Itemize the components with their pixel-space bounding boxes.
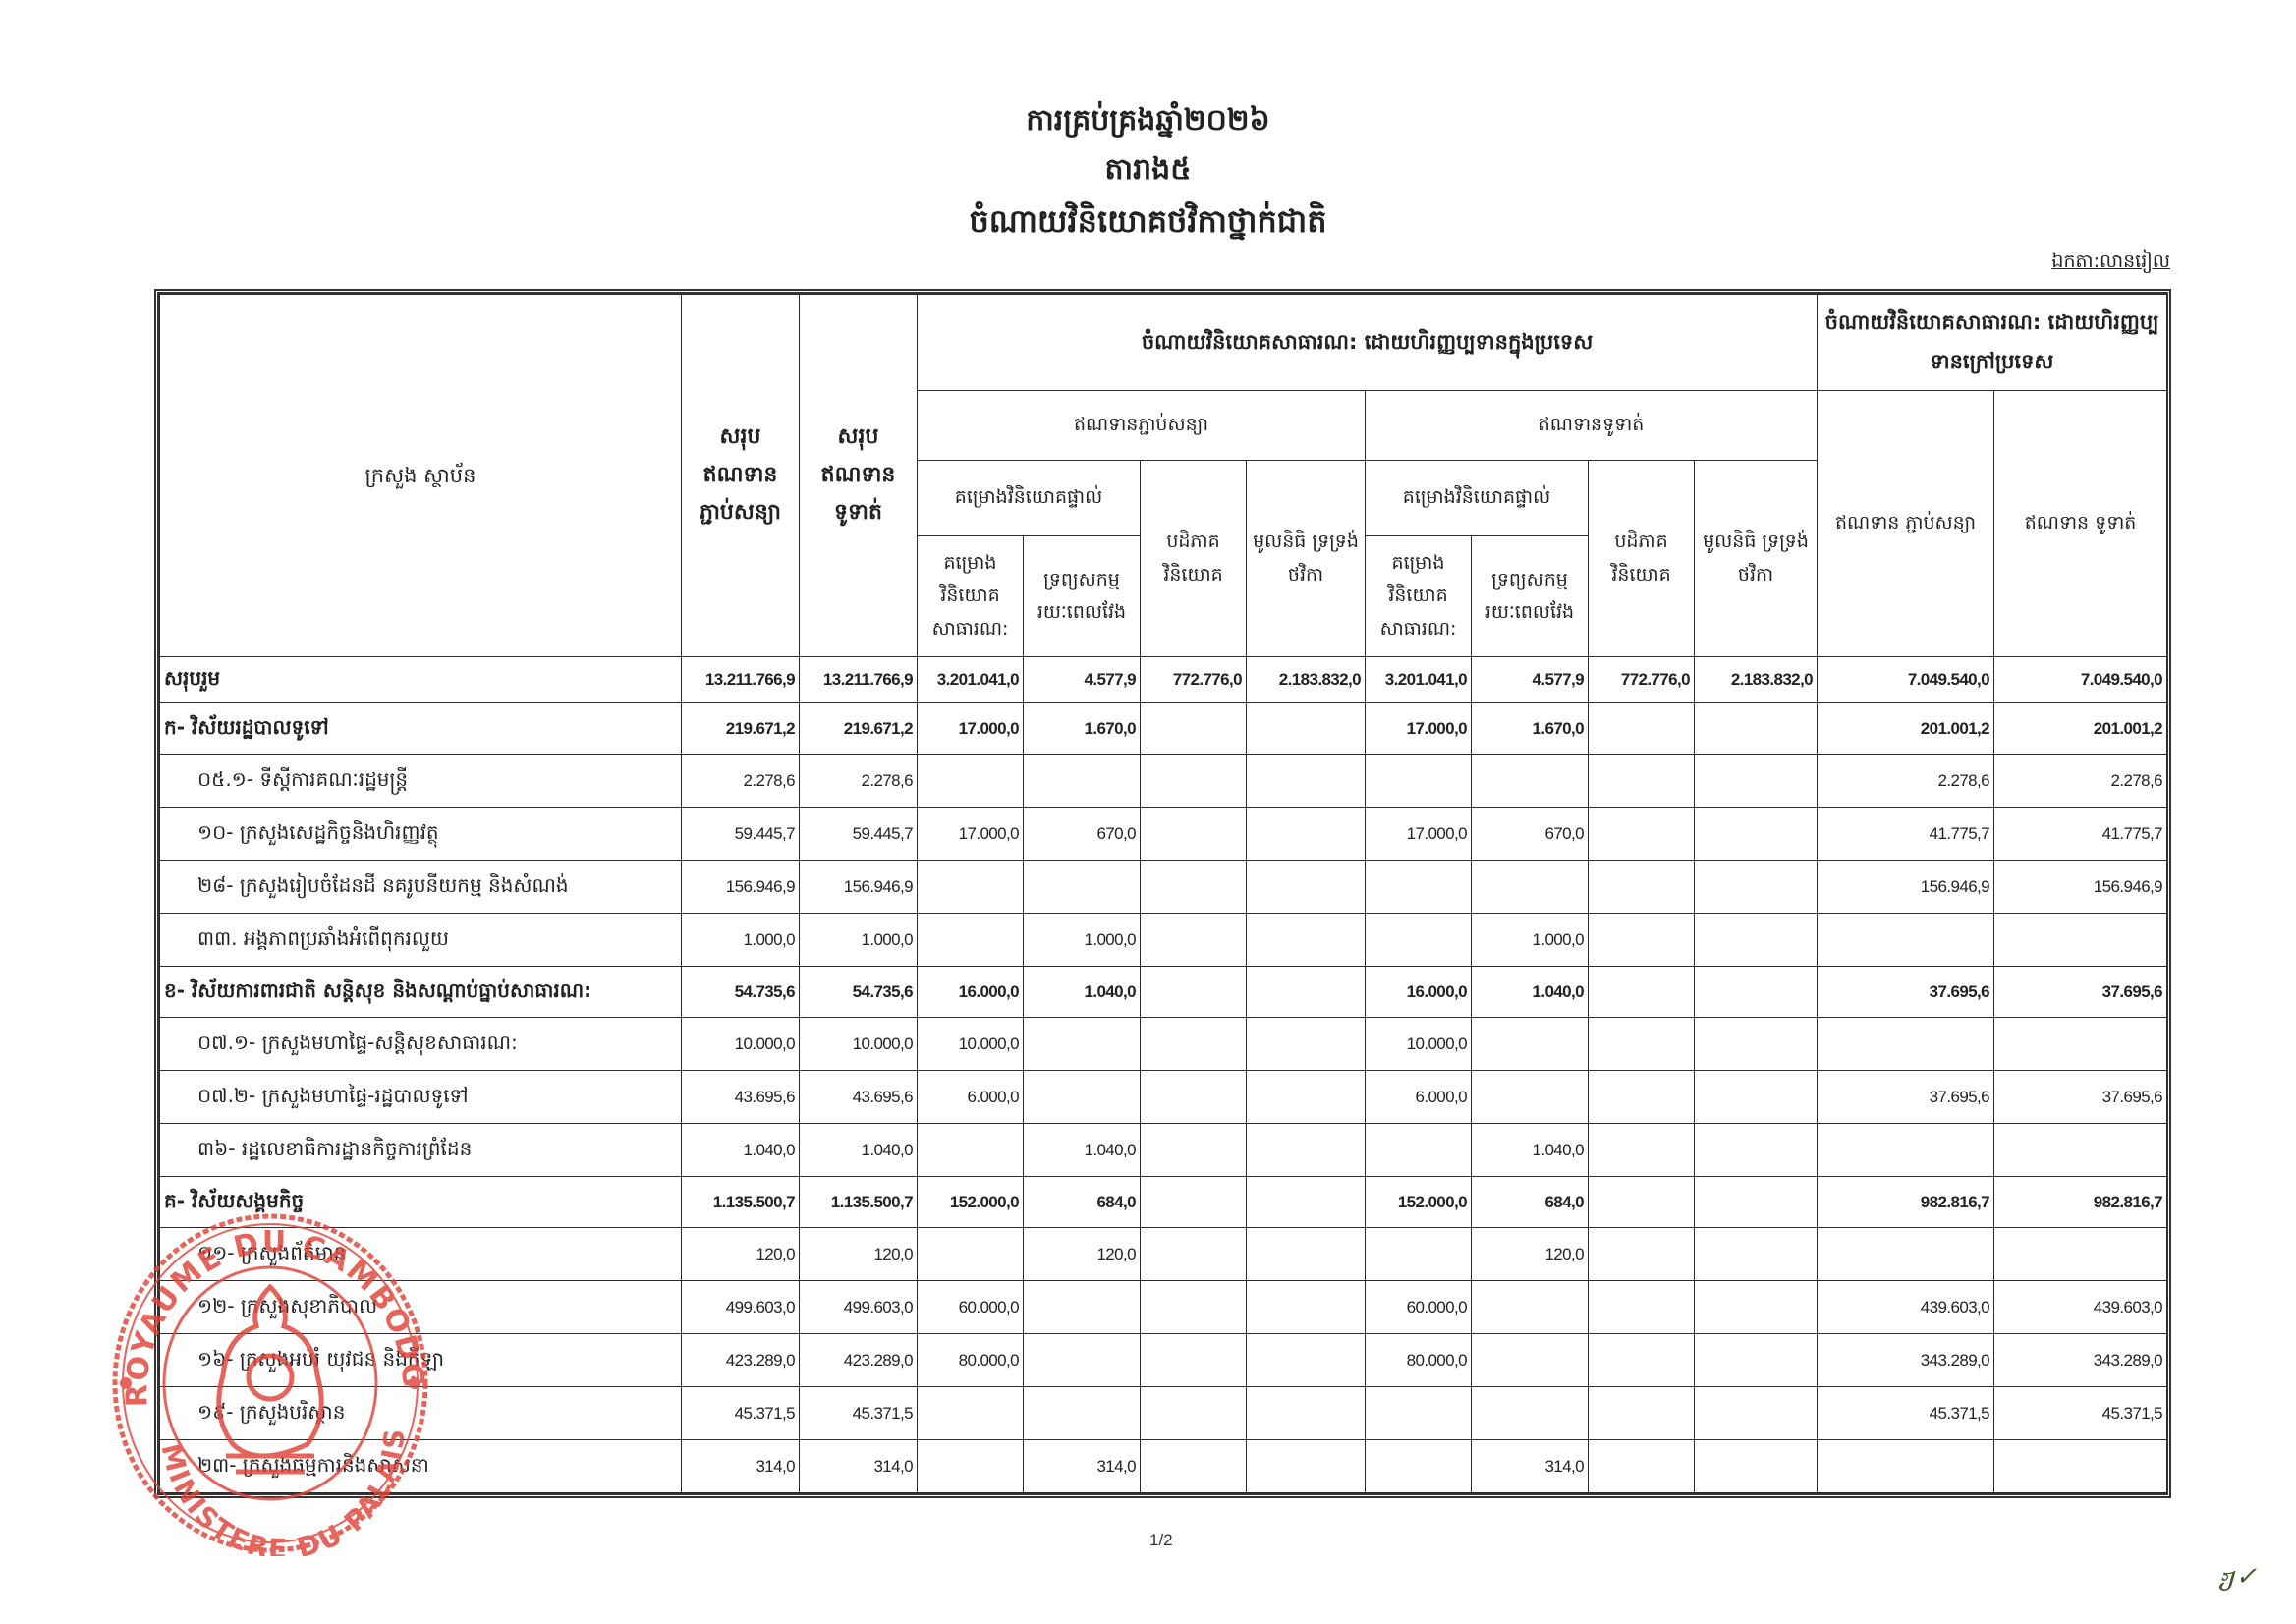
value-cell <box>1366 1387 1472 1440</box>
header-total-commitment: សរុប ឥណទាន ភ្ជាប់សន្យា <box>682 295 800 657</box>
value-cell: 314,0 <box>1472 1440 1589 1493</box>
value-cell <box>1589 914 1695 967</box>
table-body: សរុបរួម13.211.766,913.211.766,93.201.041… <box>160 657 2167 1493</box>
value-cell: 17.000,0 <box>918 808 1024 861</box>
value-cell: 1.670,0 <box>1472 703 1589 755</box>
value-cell: 2.278,6 <box>682 755 800 808</box>
value-cell: 120,0 <box>800 1228 918 1281</box>
value-cell: 1.000,0 <box>682 914 800 967</box>
value-cell: 982.816,7 <box>1818 1177 1994 1228</box>
value-cell: 1.000,0 <box>1472 914 1589 967</box>
value-cell <box>1366 1124 1472 1177</box>
table-row: ៣៦- រដ្ឋលេខាធិការដ្ឋានកិច្ចការព្រំដែន1.0… <box>160 1124 2167 1177</box>
ministry-name-cell: ០៧.២- ក្រសួងមហាផ្ទៃ-រដ្ឋបាលទូទៅ <box>160 1071 682 1124</box>
table-row: ៣៣. អង្គភាពប្រឆាំងអំពើពុករលួយ1.000,01.00… <box>160 914 2167 967</box>
value-cell <box>1247 1440 1366 1493</box>
value-cell: 201.001,2 <box>1994 703 2167 755</box>
value-cell <box>1141 1387 1247 1440</box>
value-cell: 16.000,0 <box>918 967 1024 1018</box>
value-cell <box>1589 1334 1695 1387</box>
value-cell <box>1472 755 1589 808</box>
value-cell <box>1589 861 1695 914</box>
value-cell <box>1024 1018 1141 1071</box>
value-cell <box>1024 1281 1141 1334</box>
value-cell: 1.135.500,7 <box>800 1177 918 1228</box>
page-number: 1/2 <box>1149 1531 1173 1550</box>
value-cell <box>1589 1228 1695 1281</box>
value-cell <box>1141 703 1247 755</box>
value-cell: 423.289,0 <box>800 1334 918 1387</box>
value-cell <box>1141 1281 1247 1334</box>
value-cell: 1.670,0 <box>1024 703 1141 755</box>
value-cell: 772.776,0 <box>1141 657 1247 703</box>
value-cell <box>1472 1281 1589 1334</box>
value-cell: 45.371,5 <box>800 1387 918 1440</box>
value-cell: 423.289,0 <box>682 1334 800 1387</box>
value-cell <box>1818 1228 1994 1281</box>
ministry-name-cell: ខ- វិស័យការពារជាតិ សន្តិសុខ និងសណ្តាប់ធ្… <box>160 967 682 1018</box>
value-cell <box>1141 1334 1247 1387</box>
unit-label: ឯកតា:លានរៀល <box>2051 250 2170 277</box>
value-cell: 4.577,9 <box>1024 657 1141 703</box>
value-cell: 314,0 <box>682 1440 800 1493</box>
value-cell <box>1024 1387 1141 1440</box>
value-cell: 80.000,0 <box>918 1334 1024 1387</box>
header-budget-support-fund-2: មូលនិធិ ទ្រទ្រង់ថវិកា <box>1695 461 1818 657</box>
value-cell <box>1818 914 1994 967</box>
value-cell <box>1994 1124 2167 1177</box>
value-cell <box>918 1387 1024 1440</box>
header-foreign-payment: ឥណទាន ទូទាត់ <box>1994 391 2167 657</box>
value-cell <box>1695 1018 1818 1071</box>
value-cell: 3.201.041,0 <box>1366 657 1472 703</box>
value-cell <box>1141 914 1247 967</box>
value-cell <box>1994 914 2167 967</box>
value-cell: 343.289,0 <box>1994 1334 2167 1387</box>
value-cell: 54.735,6 <box>682 967 800 1018</box>
value-cell <box>1141 967 1247 1018</box>
table-row: ១២- ក្រសួងសុខាភិបាល499.603,0499.603,060.… <box>160 1281 2167 1334</box>
value-cell <box>1366 755 1472 808</box>
value-cell <box>1366 861 1472 914</box>
value-cell: 499.603,0 <box>682 1281 800 1334</box>
table-row: ១៩- ក្រសួងបរិស្ថាន45.371,545.371,545.371… <box>160 1387 2167 1440</box>
value-cell: 37.695,6 <box>1994 967 2167 1018</box>
value-cell <box>1141 1124 1247 1177</box>
value-cell: 343.289,0 <box>1818 1334 1994 1387</box>
document-table-number: តារាង៥ <box>0 150 2296 194</box>
header-direct-investment-2: គម្រោងវិនិយោគផ្ទាល់ <box>1366 461 1589 536</box>
value-cell: 2.278,6 <box>1818 755 1994 808</box>
value-cell <box>1366 914 1472 967</box>
ministry-name-cell: សរុបរួម <box>160 657 682 703</box>
value-cell: 219.671,2 <box>800 703 918 755</box>
value-cell: 4.577,9 <box>1472 657 1589 703</box>
value-cell <box>1141 861 1247 914</box>
value-cell: 1.040,0 <box>1472 1124 1589 1177</box>
value-cell: 201.001,2 <box>1818 703 1994 755</box>
table-row: ២៣- ក្រសួងធម្មការនិងសាសនា314,0314,0314,0… <box>160 1440 2167 1493</box>
value-cell: 37.695,6 <box>1818 967 1994 1018</box>
value-cell <box>1695 1071 1818 1124</box>
value-cell <box>1247 1281 1366 1334</box>
value-cell <box>1695 1281 1818 1334</box>
value-cell <box>1818 1124 1994 1177</box>
value-cell <box>1994 1228 2167 1281</box>
header-total-payment: សរុប ឥណទាន ទូទាត់ <box>800 295 918 657</box>
value-cell: 60.000,0 <box>918 1281 1024 1334</box>
ministry-name-cell: ១១- ក្រសួងព័ត៌មាន <box>160 1228 682 1281</box>
value-cell: 156.946,9 <box>1818 861 1994 914</box>
value-cell <box>1472 861 1589 914</box>
header-long-term-assets-1: ទ្រព្យសកម្ម រយៈពេលវែង <box>1024 536 1141 657</box>
value-cell <box>1141 1440 1247 1493</box>
budget-table-frame: ក្រសួង ស្ថាប័ន សរុប ឥណទាន ភ្ជាប់សន្យា សរ… <box>154 289 2171 1498</box>
value-cell: 7.049.540,0 <box>1994 657 2167 703</box>
value-cell <box>1247 1387 1366 1440</box>
value-cell <box>1472 1071 1589 1124</box>
value-cell <box>1695 1387 1818 1440</box>
value-cell <box>1366 1228 1472 1281</box>
value-cell: 10.000,0 <box>682 1018 800 1071</box>
value-cell: 982.816,7 <box>1994 1177 2167 1228</box>
value-cell: 120,0 <box>682 1228 800 1281</box>
ministry-name-cell: ២៣- ក្រសួងធម្មការនិងសាសនា <box>160 1440 682 1493</box>
value-cell: 45.371,5 <box>1994 1387 2167 1440</box>
ministry-name-cell: ១៦- ក្រសួងអប់រំ យុវជន និងកីឡា <box>160 1334 682 1387</box>
value-cell <box>1141 1018 1247 1071</box>
value-cell: 10.000,0 <box>1366 1018 1472 1071</box>
value-cell: 499.603,0 <box>800 1281 918 1334</box>
value-cell: 17.000,0 <box>1366 703 1472 755</box>
value-cell: 54.735,6 <box>800 967 918 1018</box>
table-row: ០៧.២- ក្រសួងមហាផ្ទៃ-រដ្ឋបាលទូទៅ43.695,64… <box>160 1071 2167 1124</box>
value-cell: 3.201.041,0 <box>918 657 1024 703</box>
value-cell <box>1695 755 1818 808</box>
value-cell <box>1247 1334 1366 1387</box>
table-row: ២៨- ក្រសួងរៀបចំដែនដី នគរូបនីយកម្ម និងសំណ… <box>160 861 2167 914</box>
value-cell <box>1141 1177 1247 1228</box>
value-cell <box>1141 1071 1247 1124</box>
value-cell <box>1589 1440 1695 1493</box>
value-cell <box>1589 1387 1695 1440</box>
value-cell <box>1141 1228 1247 1281</box>
value-cell <box>1141 755 1247 808</box>
value-cell <box>1695 1334 1818 1387</box>
value-cell <box>1366 1440 1472 1493</box>
value-cell <box>918 1124 1024 1177</box>
value-cell <box>1589 1177 1695 1228</box>
header-investment-contribution-1: បដិភាគ វិនិយោគ <box>1141 461 1247 657</box>
value-cell <box>1247 861 1366 914</box>
header-commitment-credit: ឥណទានភ្ជាប់សន្យា <box>918 391 1366 461</box>
value-cell <box>918 861 1024 914</box>
document-title-year: ការគ្រប់គ្រងឆ្នាំ២០២៦ <box>0 101 2296 144</box>
value-cell <box>1247 703 1366 755</box>
value-cell: 156.946,9 <box>682 861 800 914</box>
header-public-investment-1: គម្រោង វិនិយោគ សាធារណ: <box>918 536 1024 657</box>
value-cell <box>1589 1124 1695 1177</box>
value-cell <box>1247 755 1366 808</box>
value-cell: 1.000,0 <box>800 914 918 967</box>
table-row: ១០- ក្រសួងសេដ្ឋកិច្ចនិងហិរញ្ញវត្ថុ59.445… <box>160 808 2167 861</box>
value-cell: 17.000,0 <box>918 703 1024 755</box>
value-cell <box>1695 1177 1818 1228</box>
value-cell: 152.000,0 <box>918 1177 1024 1228</box>
value-cell <box>1695 967 1818 1018</box>
value-cell <box>1589 1018 1695 1071</box>
header-foreign-financing: ចំណាយវិនិយោគសាធារណ: ដោយហិរញ្ញប្បទានក្រៅប… <box>1818 295 2167 391</box>
value-cell <box>1472 1018 1589 1071</box>
header-foreign-commitment: ឥណទាន ភ្ជាប់សន្យា <box>1818 391 1994 657</box>
value-cell: 45.371,5 <box>682 1387 800 1440</box>
value-cell <box>1695 1228 1818 1281</box>
value-cell <box>1247 808 1366 861</box>
value-cell <box>1472 1387 1589 1440</box>
value-cell <box>918 1228 1024 1281</box>
sector-row: ខ- វិស័យការពារជាតិ សន្តិសុខ និងសណ្តាប់ធ្… <box>160 967 2167 1018</box>
sector-row: ក- វិស័យរដ្ឋបាលទូទៅ219.671,2219.671,217.… <box>160 703 2167 755</box>
value-cell: 1.040,0 <box>1024 1124 1141 1177</box>
value-cell: 156.946,9 <box>1994 861 2167 914</box>
value-cell: 684,0 <box>1472 1177 1589 1228</box>
value-cell: 1.000,0 <box>1024 914 1141 967</box>
value-cell: 1.040,0 <box>800 1124 918 1177</box>
value-cell: 13.211.766,9 <box>682 657 800 703</box>
value-cell: 156.946,9 <box>800 861 918 914</box>
header-ministry: ក្រសួង ស្ថាប័ន <box>160 295 682 657</box>
value-cell <box>1247 967 1366 1018</box>
value-cell: 120,0 <box>1472 1228 1589 1281</box>
value-cell: 59.445,7 <box>800 808 918 861</box>
ministry-name-cell: ១០- ក្រសួងសេដ្ឋកិច្ចនិងហិរញ្ញវត្ថុ <box>160 808 682 861</box>
value-cell: 670,0 <box>1472 808 1589 861</box>
document-table-title: ចំណាយវិនិយោគថវិកាថ្នាក់ជាតិ <box>0 201 2296 248</box>
value-cell: 43.695,6 <box>800 1071 918 1124</box>
value-cell: 2.278,6 <box>800 755 918 808</box>
value-cell: 17.000,0 <box>1366 808 1472 861</box>
value-cell: 45.371,5 <box>1818 1387 1994 1440</box>
value-cell <box>1247 1124 1366 1177</box>
value-cell: 772.776,0 <box>1589 657 1695 703</box>
value-cell: 6.000,0 <box>1366 1071 1472 1124</box>
ministry-name-cell: ២៨- ក្រសួងរៀបចំដែនដី នគរូបនីយកម្ម និងសំណ… <box>160 861 682 914</box>
investment-budget-table: ក្រសួង ស្ថាប័ន សរុប ឥណទាន ភ្ជាប់សន្យា សរ… <box>159 294 2167 1493</box>
value-cell: 16.000,0 <box>1366 967 1472 1018</box>
value-cell: 439.603,0 <box>1994 1281 2167 1334</box>
value-cell: 2.183.832,0 <box>1247 657 1366 703</box>
value-cell: 10.000,0 <box>918 1018 1024 1071</box>
table-row: ១១- ក្រសួងព័ត៌មាន120,0120,0120,0120,0 <box>160 1228 2167 1281</box>
value-cell <box>1589 808 1695 861</box>
ministry-name-cell: ក- វិស័យរដ្ឋបាលទូទៅ <box>160 703 682 755</box>
value-cell <box>1695 1124 1818 1177</box>
value-cell: 43.695,6 <box>682 1071 800 1124</box>
value-cell <box>1994 1440 2167 1493</box>
value-cell: 10.000,0 <box>800 1018 918 1071</box>
value-cell: 2.183.832,0 <box>1695 657 1818 703</box>
table-row: ១៦- ក្រសួងអប់រំ យុវជន និងកីឡា423.289,042… <box>160 1334 2167 1387</box>
value-cell <box>1024 755 1141 808</box>
value-cell <box>918 914 1024 967</box>
value-cell <box>1818 1440 1994 1493</box>
value-cell: 1.135.500,7 <box>682 1177 800 1228</box>
value-cell: 60.000,0 <box>1366 1281 1472 1334</box>
value-cell: 2.278,6 <box>1994 755 2167 808</box>
table-row: ០៧.១- ក្រសួងមហាផ្ទៃ-សន្តិសុខសាធារណ:10.00… <box>160 1018 2167 1071</box>
value-cell: 684,0 <box>1024 1177 1141 1228</box>
ministry-name-cell: ០៥.១- ទីស្តីការគណៈរដ្ឋមន្ត្រី <box>160 755 682 808</box>
value-cell: 7.049.540,0 <box>1818 657 1994 703</box>
header-direct-investment-1: គម្រោងវិនិយោគផ្ទាល់ <box>918 461 1141 536</box>
value-cell <box>1247 914 1366 967</box>
value-cell <box>1589 1071 1695 1124</box>
ministry-name-cell: គ- វិស័យសង្គមកិច្ច <box>160 1177 682 1228</box>
header-budget-support-fund-1: មូលនិធិ ទ្រទ្រង់ថវិកា <box>1247 461 1366 657</box>
value-cell: 80.000,0 <box>1366 1334 1472 1387</box>
value-cell <box>1247 1018 1366 1071</box>
header-investment-contribution-2: បដិភាគ វិនិយោគ <box>1589 461 1695 657</box>
value-cell <box>1589 703 1695 755</box>
value-cell: 59.445,7 <box>682 808 800 861</box>
value-cell <box>1024 861 1141 914</box>
value-cell <box>1994 1018 2167 1071</box>
value-cell <box>1247 1228 1366 1281</box>
value-cell: 1.040,0 <box>682 1124 800 1177</box>
handwritten-initials: ჟ✓ <box>2220 1562 2257 1592</box>
value-cell: 670,0 <box>1024 808 1141 861</box>
ministry-name-cell: ៣៦- រដ្ឋលេខាធិការដ្ឋានកិច្ចការព្រំដែន <box>160 1124 682 1177</box>
value-cell: 1.040,0 <box>1472 967 1589 1018</box>
value-cell: 41.775,7 <box>1994 808 2167 861</box>
value-cell: 439.603,0 <box>1818 1281 1994 1334</box>
value-cell: 41.775,7 <box>1818 808 1994 861</box>
value-cell <box>1472 1334 1589 1387</box>
header-payment-credit: ឥណទានទូទាត់ <box>1366 391 1818 461</box>
value-cell <box>1695 1440 1818 1493</box>
value-cell <box>1247 1071 1366 1124</box>
value-cell <box>1024 1334 1141 1387</box>
sector-row: គ- វិស័យសង្គមកិច្ច1.135.500,71.135.500,7… <box>160 1177 2167 1228</box>
table-row: ០៥.១- ទីស្តីការគណៈរដ្ឋមន្ត្រី2.278,62.27… <box>160 755 2167 808</box>
value-cell: 152.000,0 <box>1366 1177 1472 1228</box>
value-cell: 37.695,6 <box>1818 1071 1994 1124</box>
grand-total-row: សរុបរួម13.211.766,913.211.766,93.201.041… <box>160 657 2167 703</box>
ministry-name-cell: ១៩- ក្រសួងបរិស្ថាន <box>160 1387 682 1440</box>
value-cell: 37.695,6 <box>1994 1071 2167 1124</box>
value-cell <box>1695 861 1818 914</box>
value-cell <box>1695 808 1818 861</box>
value-cell: 120,0 <box>1024 1228 1141 1281</box>
value-cell: 219.671,2 <box>682 703 800 755</box>
header-long-term-assets-2: ទ្រព្យសកម្ម រយៈពេលវែង <box>1472 536 1589 657</box>
value-cell <box>1589 1281 1695 1334</box>
header-public-investment-2: គម្រោង វិនិយោគ សាធារណ: <box>1366 536 1472 657</box>
ministry-name-cell: ០៧.១- ក្រសួងមហាផ្ទៃ-សន្តិសុខសាធារណ: <box>160 1018 682 1071</box>
value-cell: 13.211.766,9 <box>800 657 918 703</box>
value-cell: 6.000,0 <box>918 1071 1024 1124</box>
value-cell <box>1818 1018 1994 1071</box>
value-cell <box>1695 914 1818 967</box>
header-domestic-financing: ចំណាយវិនិយោគសាធារណ: ដោយហិរញ្ញប្បទានក្នុង… <box>918 295 1818 391</box>
value-cell <box>1141 808 1247 861</box>
value-cell <box>1695 703 1818 755</box>
value-cell: 1.040,0 <box>1024 967 1141 1018</box>
ministry-name-cell: ១២- ក្រសួងសុខាភិបាល <box>160 1281 682 1334</box>
value-cell: 314,0 <box>800 1440 918 1493</box>
ministry-name-cell: ៣៣. អង្គភាពប្រឆាំងអំពើពុករលួយ <box>160 914 682 967</box>
value-cell <box>1589 755 1695 808</box>
value-cell <box>918 755 1024 808</box>
value-cell <box>1589 967 1695 1018</box>
value-cell: 314,0 <box>1024 1440 1141 1493</box>
value-cell <box>918 1440 1024 1493</box>
value-cell <box>1247 1177 1366 1228</box>
value-cell <box>1024 1071 1141 1124</box>
